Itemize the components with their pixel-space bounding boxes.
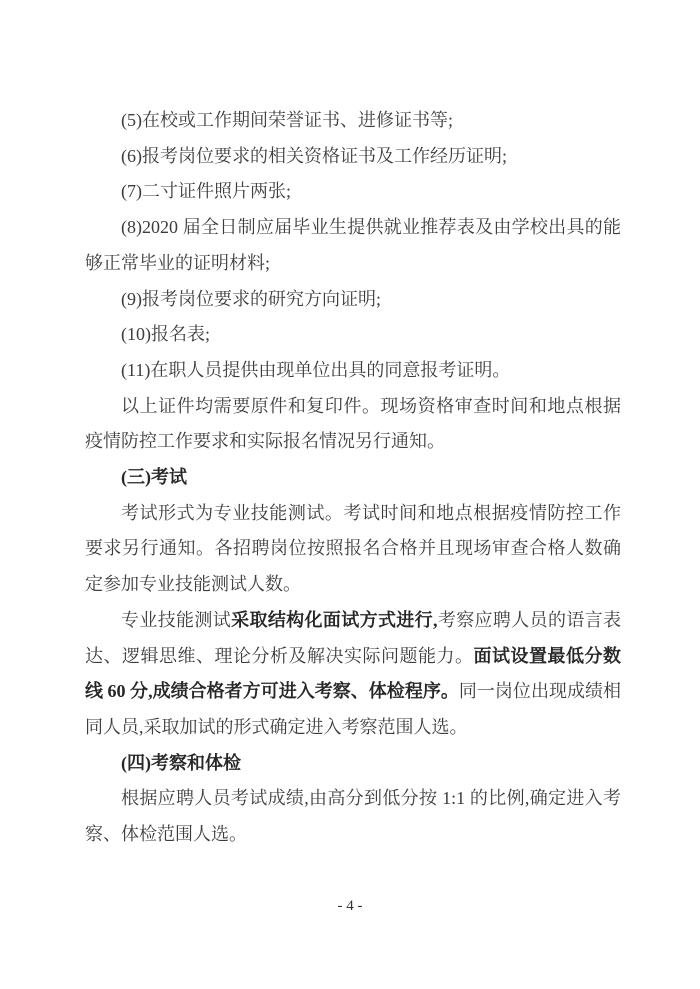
document-page: (5)在校或工作期间荣誉证书、进修证书等; (6)报考岗位要求的相关资格证书及工… <box>0 0 700 989</box>
text-run-bold: 采取结构化面试方式进行, <box>231 610 437 630</box>
list-item-7: (7)二寸证件照片两张; <box>85 174 621 210</box>
list-item-6: (6)报考岗位要求的相关资格证书及工作经历证明; <box>85 139 621 175</box>
section-heading-exam: (三)考试 <box>85 460 621 496</box>
paragraph-documents-note: 以上证件均需要原件和复印件。现场资格审查时间和地点根据疫情防控工作要求和实际报名… <box>85 389 621 460</box>
paragraph-exam-format: 考试形式为专业技能测试。考试时间和地点根据疫情防控工作要求另行通知。各招聘岗位按… <box>85 496 621 603</box>
section-heading-inspection: (四)考察和体检 <box>85 746 621 782</box>
paragraph-interview: 专业技能测试采取结构化面试方式进行,考察应聘人员的语言表达、逻辑思维、理论分析及… <box>85 603 621 746</box>
paragraph-ratio: 根据应聘人员考试成绩,由高分到低分按 1:1 的比例,确定进入考察、体检范围人选… <box>85 781 621 852</box>
text-run: 专业技能测试 <box>121 610 231 630</box>
page-number: - 4 - <box>0 898 700 915</box>
list-item-9: (9)报考岗位要求的研究方向证明; <box>85 282 621 318</box>
list-item-10: (10)报名表; <box>85 317 621 353</box>
list-item-8: (8)2020 届全日制应届毕业生提供就业推荐表及由学校出具的能够正常毕业的证明… <box>85 210 621 281</box>
list-item-11: (11)在职人员提供由现单位出具的同意报考证明。 <box>85 353 621 389</box>
list-item-5: (5)在校或工作期间荣誉证书、进修证书等; <box>85 103 621 139</box>
document-body: (5)在校或工作期间荣誉证书、进修证书等; (6)报考岗位要求的相关资格证书及工… <box>85 103 621 853</box>
